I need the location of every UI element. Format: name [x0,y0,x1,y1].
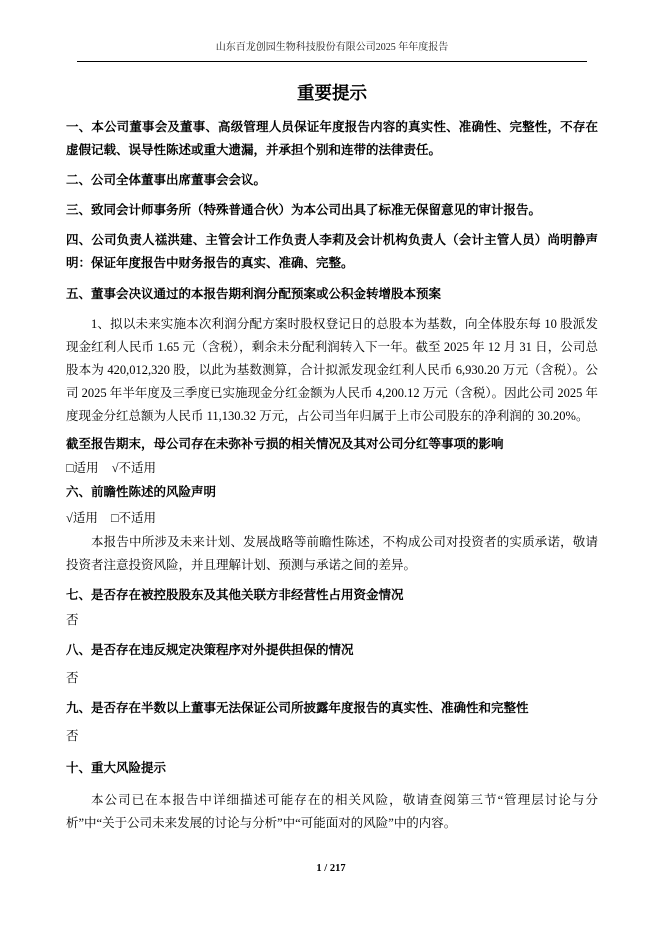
document-header: 山东百龙创园生物科技股份有限公司2025 年年度报告 [66,41,598,54]
checkbox-checked-applicable: √适用 [66,511,98,525]
section-5-heading: 五、董事会决议通过的本报告期利润分配预案或公积金转增股本预案 [66,283,598,306]
section-5-sub-heading: 截至报告期末，母公司存在未弥补亏损的相关情况及其对公司分红等事项的影响 [66,433,598,456]
section-9-heading: 九、是否存在半数以上董事无法保证公司所披露年度报告的真实性、准确性和完整性 [66,697,598,720]
section-5-dividend-paragraph: 1、拟以未来实施本次利润分配方案时股权登记日的总股本为基数，向全体股东每 10 … [66,313,598,428]
header-rule [77,61,587,62]
checkbox-unchecked-applicable: □适用 [66,461,99,475]
section-6-paragraph: 本报告中所涉及未来计划、发展战略等前瞻性陈述，不构成公司对投资者的实质承诺，敬请… [66,531,598,577]
section-7-heading: 七、是否存在被控股股东及其他关联方非经营性占用资金情况 [66,584,598,607]
section-10-paragraph: 本公司已在本报告中详细描述可能存在的相关风险，敬请查阅第三节“管理层讨论与分析”… [66,789,598,835]
section-8-heading: 八、是否存在违反规定决策程序对外提供担保的情况 [66,639,598,662]
section-3-statement: 三、致同会计师事务所（特殊普通合伙）为本公司出具了标准无保留意见的审计报告。 [66,199,598,222]
section-8-answer: 否 [66,667,598,690]
section-7-answer: 否 [66,609,598,632]
checkbox-unchecked-not-applicable: □不适用 [111,511,156,525]
page-number: 1 / 217 [0,862,662,876]
page-title: 重要提示 [66,81,598,105]
section-2-statement: 二、公司全体董事出席董事会会议。 [66,169,598,192]
section-6-applicability-options: √适用 □不适用 [66,507,598,530]
section-10-heading: 十、重大风险提示 [66,757,598,780]
section-4-statement: 四、公司负责人禚洪建、主管会计工作负责人李莉及会计机构负责人（会计主管人员）尚明… [66,229,598,275]
section-9-answer: 否 [66,725,598,748]
section-1-statement: 一、本公司董事会及董事、高级管理人员保证年度报告内容的真实性、准确性、完整性，不… [66,116,598,162]
section-5-applicability-options: □适用 √不适用 [66,457,598,480]
checkbox-checked-not-applicable: √不适用 [112,461,156,475]
section-6-heading: 六、前瞻性陈述的风险声明 [66,481,598,504]
report-page: 山东百龙创园生物科技股份有限公司2025 年年度报告 重要提示 一、本公司董事会… [0,0,662,936]
